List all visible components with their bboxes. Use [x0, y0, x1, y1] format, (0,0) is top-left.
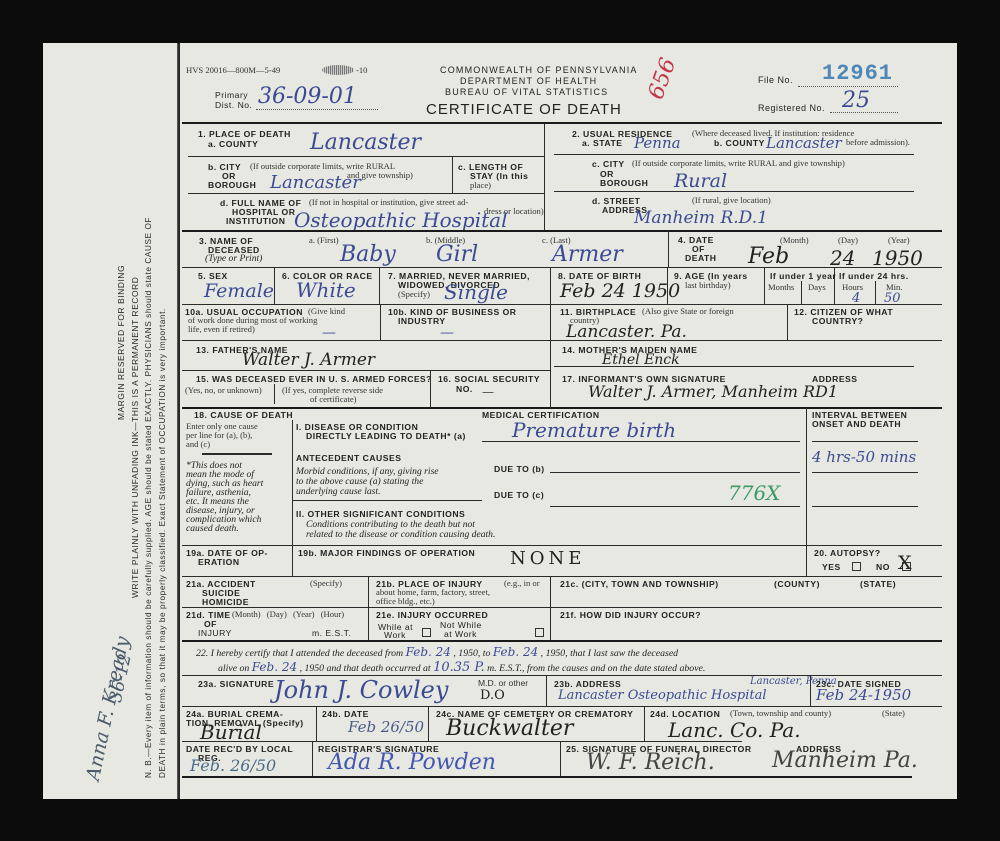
autopsy-yes-checkbox[interactable] [852, 562, 861, 571]
line [550, 577, 551, 607]
registered-no-label: Registered No. [758, 103, 825, 113]
certify-text: 22. I hereby certify that I attended the… [196, 648, 403, 659]
line [801, 281, 802, 304]
certify-text-3: m. E.S.T., from the causes and on the da… [487, 663, 705, 674]
operation-label-2: ERATION [198, 557, 240, 567]
morbid-note-3: underlying cause last. [296, 487, 380, 498]
time-columns: (Month) (Day) (Year) (Hour) [232, 610, 344, 620]
cause-instruction-3: and (c) [186, 440, 210, 450]
homicide-label: HOMICIDE [202, 597, 249, 607]
line [812, 441, 918, 442]
line [787, 305, 788, 340]
burial-date-value: Feb 26/50 [348, 720, 424, 735]
death-month-value: Feb [748, 246, 789, 268]
line [554, 191, 914, 192]
line [182, 267, 942, 268]
under-24-hours-label: If under 24 hrs. [839, 271, 909, 281]
certify-line2: alive on Feb. 24 , 1950 and that death o… [218, 661, 705, 675]
line [182, 304, 942, 305]
race-value: White [296, 280, 356, 300]
line [452, 157, 453, 193]
line [812, 506, 918, 507]
line [379, 268, 380, 304]
org-line3: BUREAU OF VITAL STATISTICS [445, 87, 608, 97]
dist-no-dotline [256, 109, 378, 110]
ssn-value: — [482, 386, 494, 398]
line [430, 371, 431, 407]
last-name-value: Armer [552, 244, 623, 266]
line [182, 607, 942, 608]
date-signed-value: Feb 24-1950 [816, 688, 911, 703]
mother-name-value: Ethel Enck [602, 353, 680, 367]
death-day-value: 24 [830, 248, 855, 268]
state-label: a. STATE [582, 138, 622, 148]
hospital-value: Osteopathic Hospital [294, 210, 507, 230]
line [292, 500, 482, 501]
residence-city-note: (If outside corporate limits, write RURA… [632, 159, 845, 169]
first-name-value: Baby [340, 244, 396, 266]
funeral-address-value: Manheim Pa. [772, 750, 918, 772]
interval-label-2: ONSET AND DEATH [812, 419, 901, 429]
line [292, 546, 293, 576]
dob-value: Feb 24 1950 [560, 282, 680, 301]
certificate-form: HVS 20016—800M—5-49 -10 Primary Dist. No… [182, 48, 942, 795]
age-label-2: last birthday) [685, 281, 731, 291]
line [875, 281, 876, 304]
months-label: Months [768, 283, 794, 293]
line [668, 231, 669, 267]
residence-city-label: c. CITY [592, 159, 625, 169]
operation-findings-value: NONE [510, 550, 585, 568]
residence-street-value: Manheim R.D.1 [634, 210, 768, 227]
line [188, 193, 544, 194]
registered-no-value: 25 [842, 90, 870, 112]
line [550, 341, 551, 407]
death-time-value: 10.35 P. [433, 660, 485, 675]
place-note-3: office bldg., etc.) [376, 597, 435, 607]
occupation-value: — [322, 326, 336, 340]
time-est-label: m. E.S.T. [312, 628, 351, 638]
while-at-work-checkbox[interactable] [422, 628, 431, 637]
margin-reserved-text: MARGIN RESERVED FOR BINDING [116, 265, 126, 420]
line [316, 707, 317, 741]
autopsy-no-mark: X [898, 554, 912, 573]
disease-value: Premature birth [512, 420, 676, 440]
hospital-note: (If not in hospital or institution, give… [309, 198, 468, 208]
burial-type-value: Burial [200, 722, 262, 742]
line [550, 506, 800, 507]
autopsy-yes-label: YES [822, 562, 841, 572]
residence-city-value: Rural [674, 172, 727, 191]
attended-from-date: Feb. 24 [406, 645, 451, 659]
birthplace-note: (Also give State or foreign [642, 307, 734, 317]
death-occurred-text: , 1950 and that death occurred at [300, 663, 431, 674]
physician-address-value: Lancaster Osteopathic Hospital [558, 689, 766, 702]
red-annotation: 656 [645, 56, 680, 103]
how-injury-occurred-label: 21f. HOW DID INJURY OCCUR? [560, 610, 701, 620]
line [274, 268, 275, 304]
bottom-divider [182, 776, 912, 778]
line [202, 453, 272, 455]
file-no-dotline [798, 86, 898, 87]
line [550, 472, 800, 473]
ssn-no-label: NO. [456, 384, 473, 394]
stay-label-3: place) [470, 181, 491, 191]
line [312, 742, 313, 776]
md-value: D.O [480, 689, 505, 702]
street-note: (If rural, give location) [692, 196, 771, 206]
day-label: (Day) [838, 236, 858, 246]
line [764, 268, 765, 304]
line [806, 408, 807, 545]
registrar-signature-value: Ada R. Powden [328, 752, 496, 774]
registered-no-dotline [830, 112, 898, 113]
header-divider [182, 122, 942, 124]
not-while-at-work-label-2: at Work [444, 629, 477, 639]
borough-label: BOROUGH [208, 180, 256, 190]
line [806, 546, 807, 576]
injury-occurred-label: 21e. INJURY OCCURRED [376, 610, 488, 620]
occupation-note-3: life, even if retired) [188, 325, 255, 335]
residence-state-value: Penna [634, 136, 681, 151]
line [182, 741, 742, 742]
armed-note: (Yes, no, or unknown) [185, 386, 262, 396]
line [554, 366, 914, 367]
line [368, 608, 369, 640]
physician-signature-value: John J. Cowley [274, 678, 448, 702]
operation-findings-label: 19b. MAJOR FINDINGS OF OPERATION [298, 548, 475, 558]
certificate-title: CERTIFICATE OF DEATH [426, 101, 622, 118]
line [428, 707, 429, 741]
line [274, 384, 275, 404]
line [182, 370, 550, 371]
cause-note-8: caused death. [186, 524, 239, 535]
country-label: COUNTRY? [812, 316, 863, 326]
residence-county-value: Lancaster [766, 136, 842, 151]
line [368, 577, 369, 607]
residence-county-label: b. COUNTY [714, 138, 765, 148]
death-label: DEATH [685, 253, 716, 263]
directly-leading-label: DIRECTLY LEADING TO DEATH* (a) [306, 431, 466, 441]
injury-state-label: (STATE) [860, 579, 896, 589]
interval-value: 4 hrs-50 mins [812, 450, 916, 465]
armed-note-3: of certificate) [310, 395, 357, 405]
attended-to-date: Feb. 24 [493, 645, 538, 659]
divider [182, 230, 942, 232]
line [292, 420, 293, 545]
date-received-value: Feb. 26/50 [190, 758, 276, 774]
nb-instruction-line1: N. B.—Every item of information should b… [144, 217, 153, 778]
year-label: (Year) [888, 236, 910, 246]
cemetery-value: Buckwalter [446, 718, 573, 740]
death-county-value: Lancaster [310, 132, 421, 154]
line [550, 608, 551, 640]
line [380, 305, 381, 340]
antecedent-causes-label: ANTECEDENT CAUSES [296, 453, 401, 463]
place-of-death-label: 1. PLACE OF DEATH [198, 129, 291, 139]
injury-city-label: 21c. (CITY, TOWN AND TOWNSHIP) [560, 579, 719, 589]
residence-borough-label: BOROUGH [600, 178, 648, 188]
while-at-work-label-2: Work [384, 630, 406, 640]
line [182, 576, 942, 577]
not-while-at-work-checkbox[interactable] [535, 628, 544, 637]
specify-label: (Specify) [398, 290, 430, 300]
cause-of-death-label: 18. CAUSE OF DEATH [194, 410, 293, 420]
autopsy-label: 20. AUTOPSY? [814, 548, 881, 558]
place-residence-divider [544, 124, 545, 230]
birthplace-value: Lancaster. Pa. [566, 324, 687, 341]
file-no-label: File No. [758, 75, 793, 85]
divider [182, 407, 942, 409]
margin-rule [177, 43, 178, 799]
father-name-value: Walter J. Armer [242, 352, 375, 369]
certify-text-2: , 1950, that I last saw the deceased [541, 648, 678, 659]
org-line2: DEPARTMENT OF HEALTH [460, 76, 597, 86]
nb-instruction-line2: DEATH in plain terms, so that it may be … [158, 308, 167, 778]
line [550, 268, 551, 304]
county-label: a. COUNTY [208, 139, 258, 149]
burial-location-value: Lanc. Co. Pa. [668, 720, 801, 740]
hospital-label-3: INSTITUTION [226, 216, 285, 226]
union-label-icon [322, 65, 354, 75]
days-label: Days [808, 283, 826, 293]
business-value: — [440, 326, 454, 340]
armed-forces-label: 15. WAS DECEASED EVER IN U. S. ARMED FOR… [196, 374, 432, 384]
specify-label: (Specify) [310, 579, 342, 589]
form-number: HVS 20016—800M—5-49 [186, 66, 280, 76]
injury-county-label: (COUNTY) [774, 579, 820, 589]
line [560, 742, 561, 776]
injury-label: INJURY [198, 628, 232, 638]
location-state-label: (State) [882, 709, 905, 719]
primary-dist-label: Primary [215, 90, 248, 100]
first-name-label: a. (First) [309, 236, 339, 246]
line [644, 707, 645, 741]
alive-on-date: Feb. 24 [252, 660, 297, 674]
line [834, 268, 835, 304]
line [812, 472, 918, 473]
certify-year: , 1950, to [453, 648, 490, 659]
death-year-value: 1950 [872, 248, 923, 268]
middle-name-value: Girl [436, 244, 478, 266]
type-or-print-label: (Type or Print) [205, 254, 262, 265]
divider [182, 640, 942, 642]
line [482, 441, 800, 442]
org-line1: COMMONWEALTH OF PENNSYLVANIA [440, 65, 638, 75]
due-to-c-label: DUE TO (c) [494, 490, 544, 500]
file-no-value: 12961 [822, 61, 893, 86]
due-to-b-label: DUE TO (b) [494, 464, 545, 474]
line [182, 706, 942, 707]
form-number-suffix: -10 [356, 66, 367, 76]
under-1-year-label: If under 1 year [770, 271, 836, 281]
ssn-label: 16. SOCIAL SECURITY [438, 374, 540, 384]
death-city-value: Lancaster [270, 174, 361, 192]
line [188, 156, 544, 157]
residence-note-2: before admission). [846, 138, 910, 148]
other-conditions-note-2: related to the disease or condition caus… [306, 530, 495, 541]
autopsy-no-label: NO [876, 562, 890, 572]
primary-dist-value: 36-09-01 [258, 86, 357, 108]
other-conditions-label: II. OTHER SIGNIFICANT CONDITIONS [296, 509, 465, 519]
line [182, 340, 942, 341]
line [554, 154, 914, 155]
funeral-director-value: W. F. Reich. [586, 752, 715, 774]
line [546, 676, 547, 706]
line [550, 305, 551, 340]
sex-value: Female [204, 282, 274, 301]
dist-no-label: Dist. No. [215, 100, 252, 110]
line [667, 268, 668, 304]
industry-label: INDUSTRY [398, 316, 446, 326]
informant-value: Walter J. Armer, Manheim RD1 [588, 384, 838, 400]
certify-line1: 22. I hereby certify that I attended the… [196, 646, 678, 660]
write-plainly-text: WRITE PLAINLY WITH UNFADING INK—THIS IS … [130, 277, 140, 598]
signature-label: 23a. SIGNATURE [198, 679, 274, 689]
cause-code-value: 776X [728, 483, 780, 503]
alive-on-text: alive on [218, 663, 249, 674]
line [182, 545, 942, 546]
marital-value: Single [444, 282, 508, 302]
place-note: (e.g., in or [504, 579, 540, 589]
line [810, 676, 811, 706]
